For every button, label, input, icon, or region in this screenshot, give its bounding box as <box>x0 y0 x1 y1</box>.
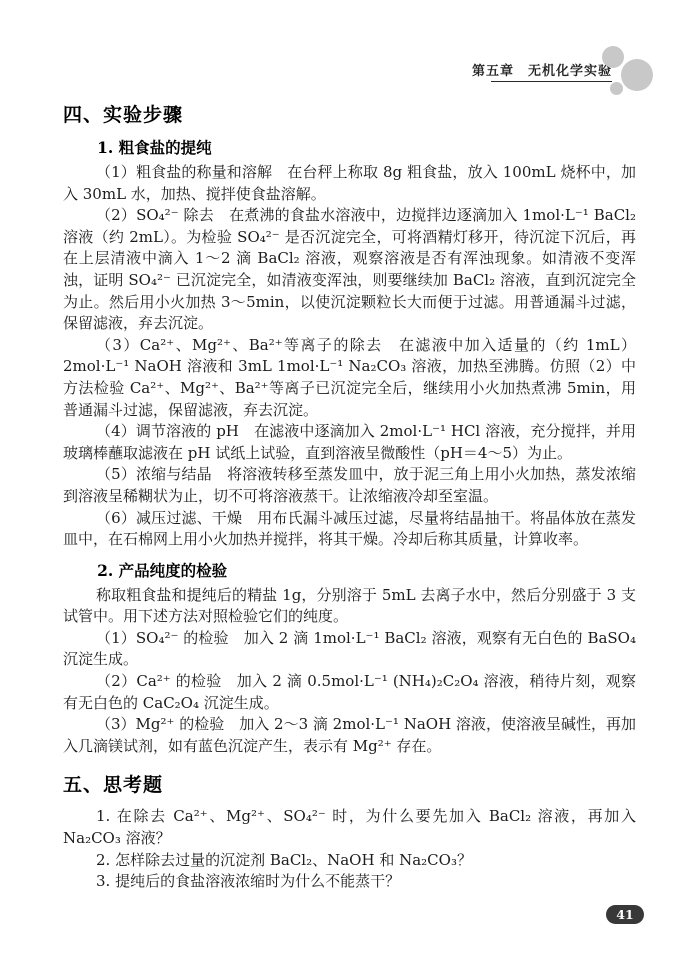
question-1: 1. 在除去 Ca²⁺、Mg²⁺、SO₄²⁻ 时，为什么要先加入 BaCl₂ 溶… <box>63 806 636 849</box>
book-page: 第五章 无机化学实验 四、实验步骤 1. 粗食盐的提纯 （1）粗食盐的称量和溶解… <box>0 0 700 977</box>
purity-test-sulfate-paragraph: （1）SO₄²⁻ 的检验 加入 2 滴 1mol·L⁻¹ BaCl₂ 溶液，观察… <box>63 628 636 671</box>
page-number-badge: 41 <box>606 905 644 924</box>
page-content: 四、实验步骤 1. 粗食盐的提纯 （1）粗食盐的称量和溶解 在台秤上称取 8g … <box>0 0 700 893</box>
question-3: 3. 提纯后的食盐溶液浓缩时为什么不能蒸干？ <box>63 871 636 893</box>
section-title-experiment-steps: 四、实验步骤 <box>63 100 636 127</box>
question-2: 2. 怎样除去过量的沉淀剂 BaCl₂、NaOH 和 Na₂CO₃？ <box>63 850 636 872</box>
subsection-title-purity-test: 2. 产品纯度的检验 <box>63 559 636 581</box>
step-paragraph-concentration-crystallization: （5）浓缩与结晶 将溶液转移至蒸发皿中，放于泥三角上用小火加热，蒸发浓缩到溶液呈… <box>63 464 636 507</box>
subsection-title-salt-purification: 1. 粗食盐的提纯 <box>63 136 636 158</box>
purity-test-magnesium-paragraph: （3）Mg²⁺ 的检验 加入 2～3 滴 2mol·L⁻¹ NaOH 溶液，使溶… <box>63 714 636 757</box>
step-paragraph-ion-removal: （3）Ca²⁺、Mg²⁺、Ba²⁺等离子的除去 在滤液中加入适量的（约 1mL）… <box>63 335 636 421</box>
page-number: 41 <box>616 907 633 922</box>
step-paragraph-weighing-dissolving: （1）粗食盐的称量和溶解 在台秤上称取 8g 粗食盐，放入 100mL 烧杯中，… <box>63 162 636 205</box>
purity-test-intro-paragraph: 称取粗食盐和提纯后的精盐 1g，分别溶于 5mL 去离子水中，然后分别盛于 3 … <box>63 585 636 628</box>
step-paragraph-ph-adjustment: （4）调节溶液的 pH 在滤液中逐滴加入 2mol·L⁻¹ HCl 溶液，充分搅… <box>63 421 636 464</box>
section-title-thinking-questions: 五、思考题 <box>63 770 636 797</box>
step-paragraph-sulfate-removal: （2）SO₄²⁻ 除去 在煮沸的食盐水溶液中，边搅拌边逐滴加入 1mol·L⁻¹… <box>63 205 636 335</box>
step-paragraph-vacuum-filtration-drying: （6）减压过滤、干燥 用布氏漏斗减压过滤，尽量将结晶抽干。将晶体放在蒸发皿中，在… <box>63 508 636 551</box>
purity-test-calcium-paragraph: （2）Ca²⁺ 的检验 加入 2 滴 0.5mol·L⁻¹ (NH₄)₂C₂O₄… <box>63 671 636 714</box>
